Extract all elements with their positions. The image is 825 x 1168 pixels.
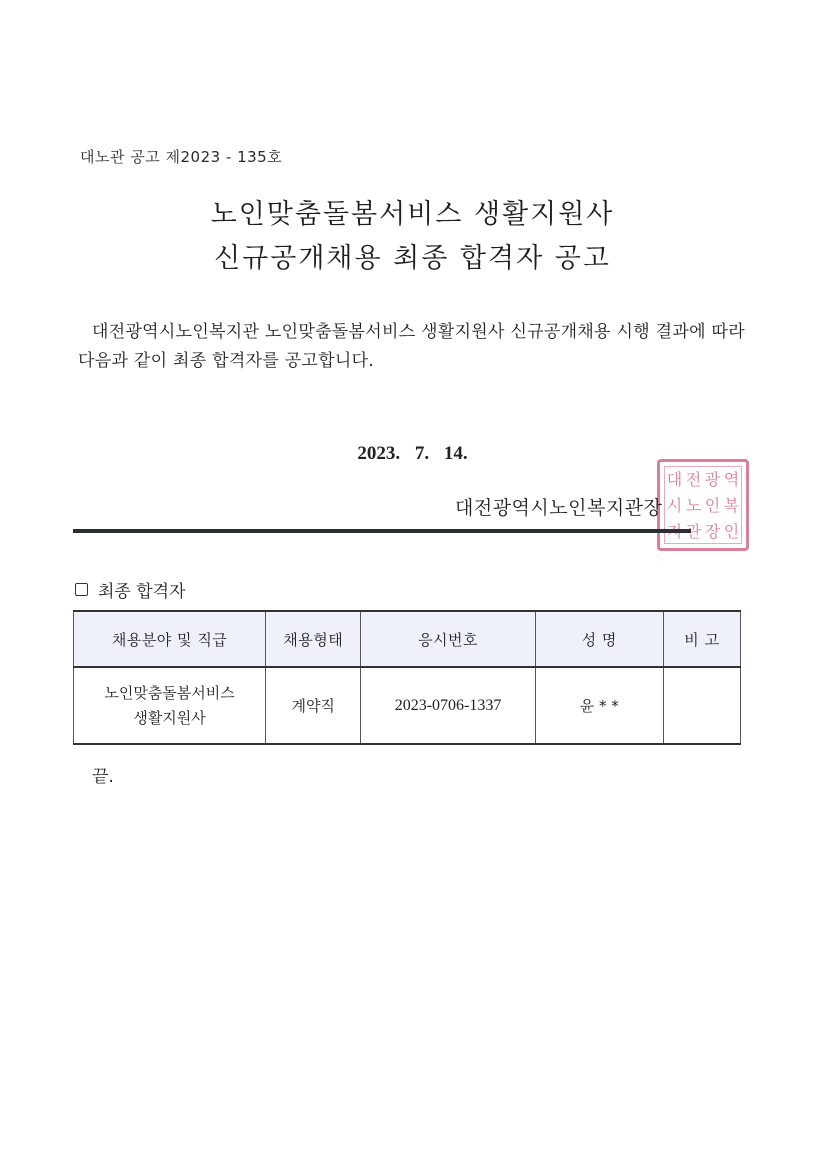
section-heading: 최종 합격자 xyxy=(75,577,186,602)
cell-applicant-number: 2023-0706-1337 xyxy=(361,667,536,744)
seal-char: 전 xyxy=(684,467,703,493)
seal-char: 인 xyxy=(703,493,722,519)
document-number: 대노관 공고 제2023 - 135호 xyxy=(80,146,282,167)
issuer-name: 대전광역시노인복지관장 xyxy=(455,493,662,520)
title-line-2: 신규공개채용 최종 합격자 공고 xyxy=(0,237,825,281)
header-name: 성 명 xyxy=(535,611,663,667)
divider xyxy=(73,529,691,533)
cell-employment-type: 계약직 xyxy=(266,667,361,744)
cell-name: 윤 * * xyxy=(535,667,663,744)
end-mark: 끝. xyxy=(92,762,114,787)
cell-field: 노인맞춤돌봄서비스 생활지원사 xyxy=(74,667,266,744)
header-field: 채용분야 및 직급 xyxy=(74,611,266,667)
checkbox-icon xyxy=(75,583,88,596)
cell-field-line-1: 노인맞춤돌봄서비스 xyxy=(74,681,265,706)
header-applicant-number: 응시번호 xyxy=(361,611,536,667)
cell-note xyxy=(663,667,740,744)
header-note: 비 고 xyxy=(663,611,740,667)
seal-char: 복 xyxy=(722,493,741,519)
seal-char: 노 xyxy=(684,493,703,519)
results-table: 채용분야 및 직급 채용형태 응시번호 성 명 비 고 노인맞춤돌봄서비스 생활… xyxy=(73,610,741,745)
announcement-body: 대전광역시노인복지관 노인맞춤돌봄서비스 생활지원사 신규공개채용 시행 결과에… xyxy=(78,318,758,376)
seal-char: 인 xyxy=(722,519,741,545)
seal-char: 역 xyxy=(722,467,741,493)
header-employment-type: 채용형태 xyxy=(266,611,361,667)
table-header-row: 채용분야 및 직급 채용형태 응시번호 성 명 비 고 xyxy=(74,611,741,667)
document-title: 노인맞춤돌봄서비스 생활지원사 신규공개채용 최종 합격자 공고 xyxy=(0,193,825,281)
table-row: 노인맞춤돌봄서비스 생활지원사 계약직 2023-0706-1337 윤 * * xyxy=(74,667,741,744)
seal-char: 시 xyxy=(665,493,684,519)
title-line-1: 노인맞춤돌봄서비스 생활지원사 xyxy=(0,193,825,237)
document-page: 대노관 공고 제2023 - 135호 노인맞춤돌봄서비스 생활지원사 신규공개… xyxy=(0,0,825,1168)
cell-field-line-2: 생활지원사 xyxy=(74,706,265,731)
official-seal-icon: 대 전 광 역 시 노 인 복 지 관 장 인 xyxy=(657,459,749,551)
seal-char: 장 xyxy=(703,519,722,545)
seal-char: 대 xyxy=(665,467,684,493)
seal-char: 광 xyxy=(703,467,722,493)
section-heading-label: 최종 합격자 xyxy=(98,577,186,602)
